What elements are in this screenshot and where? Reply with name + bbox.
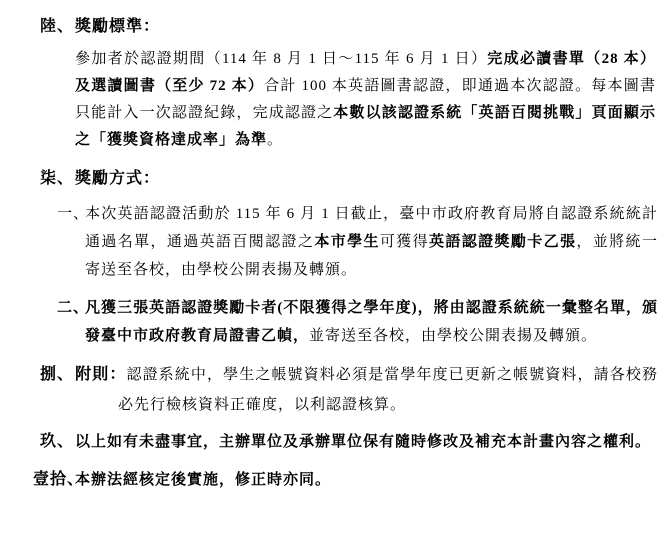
section-9-number: 玖、	[40, 428, 75, 455]
section-8: 捌、附則：認證系統中，學生之帳號資料必須是當學年度已更新之帳號資料，請各校務必先…	[0, 360, 658, 420]
section-7-title: 獎勵方式：	[75, 170, 160, 187]
text-run-bold: 本市學生	[314, 234, 380, 250]
section-8-title: 附則：	[75, 366, 126, 383]
section-6-paragraph: 參加者於認證期間（114 年 8 月 1 日～115 年 6 月 1 日）完成必…	[75, 46, 656, 154]
section-10-number: 壹拾、	[33, 466, 75, 493]
section-9-body: 以上如有未盡事宜，主辦單位及承辦單位保有隨時修改及補充本計畫內容之權利。	[75, 434, 651, 450]
section-10: 壹拾、本辦法經核定後實施，修正時亦同。	[0, 466, 658, 494]
section-7-item-1: 一、本次英語認證活動於 115 年 6 月 1 日截止，臺中市政府教育局將自認證…	[0, 200, 658, 284]
section-6-title: 獎勵標準：	[75, 18, 160, 35]
section-9: 玖、以上如有未盡事宜，主辦單位及承辦單位保有隨時修改及補充本計畫內容之權利。	[0, 428, 658, 456]
section-8-number: 捌、	[40, 360, 75, 390]
section-6-number: 陸、	[40, 16, 75, 38]
text-run: 參加者於認證期間（114 年 8 月 1 日～115 年 6 月 1 日）	[75, 51, 487, 67]
text-run: 並寄送至各校，由學校公開表揚及轉頒。	[309, 328, 597, 344]
item-2-number: 二、	[57, 294, 85, 322]
section-7-item-2: 二、凡獲三張英語認證獎勵卡者(不限獲得之學年度)，將由認證系統統一彙整名單，頒發…	[0, 294, 658, 350]
text-run-bold: 英語認證獎勵卡乙張	[429, 234, 576, 250]
section-7-header: 柒、獎勵方式：	[0, 168, 666, 190]
section-6-header: 陸、獎勵標準：	[0, 16, 666, 38]
document-page: 陸、獎勵標準： 參加者於認證期間（114 年 8 月 1 日～115 年 6 月…	[0, 0, 666, 545]
text-run: 可獲得	[380, 234, 429, 250]
item-1-number: 一、	[57, 200, 85, 228]
text-run: 認證系統中，學生之帳號資料必須是當學年度已更新之帳號資料，請各校務必先行檢核資料…	[118, 367, 658, 413]
section-7-number: 柒、	[40, 168, 75, 190]
section-10-body: 本辦法經核定後實施，修正時亦同。	[75, 472, 331, 488]
text-run: 。	[267, 132, 283, 148]
